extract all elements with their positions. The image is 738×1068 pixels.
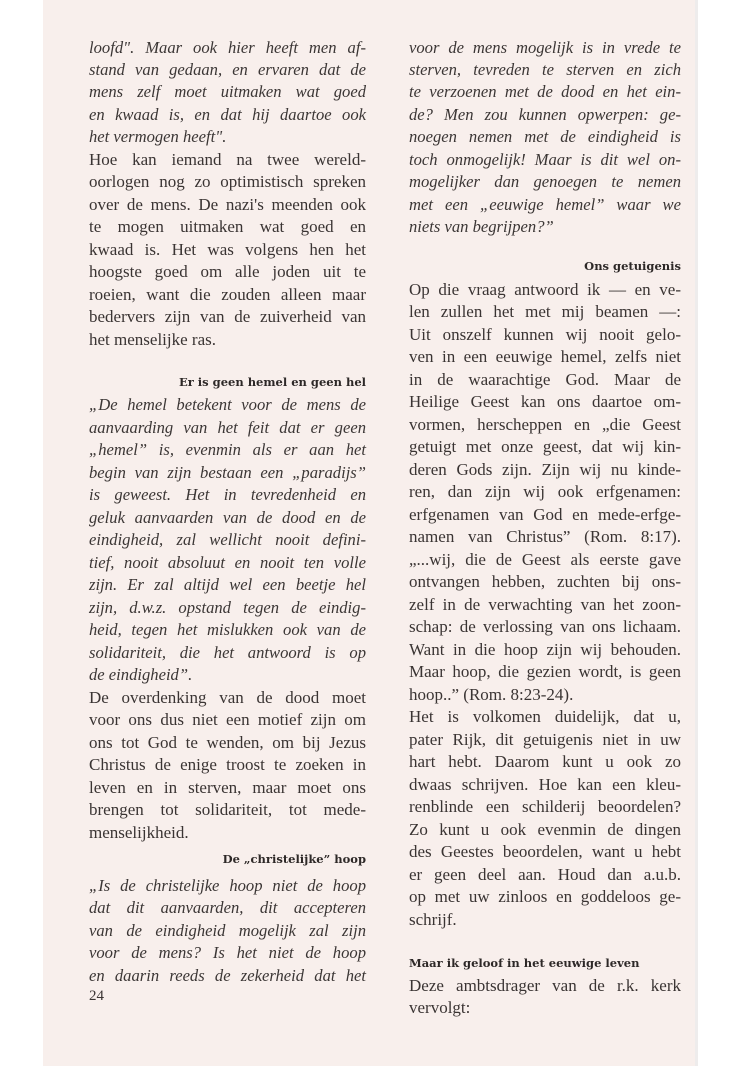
text-line: stand van gedaan, en ervaren dat de [89,59,366,81]
text-line: oorlogen nog zo optimistisch spreken [89,171,366,193]
text-line: dwaas schrijven. Hoe kan een kleu- [409,774,681,796]
text-line: voor ons dus niet een motief zijn om [89,709,366,731]
text-line: en daarin reeds de zekerheid dat het [89,965,366,987]
text-line: leven en in sterven, maar moet ons [89,777,366,799]
section-heading: Maar ik geloof in het eeuwige leven [409,954,639,972]
text-line: deren Gods zijn. Zijn wij nu kinde- [409,459,681,481]
text-line: erfgenamen van God en mede-erfge- [409,504,681,526]
text-line: er geen deel aan. Houd dan a.u.b. [409,864,681,886]
section-heading: Ons getuigenis [584,257,681,275]
text-line: zijn, d.w.z. opstand tegen de eindig- [89,597,366,619]
text-line: en kwaad is, en dat hij daartoe ook [89,104,366,126]
text-line: Het is volkomen duidelijk, dat u, [409,706,681,728]
text-line: Heilige Geest kan ons daartoe om- [409,391,681,413]
text-line: De overdenking van de dood moet [89,687,366,709]
page-edge-shadow [695,0,698,1066]
text-line: Want in die hoop zijn wij behouden. [409,639,681,661]
text-line: Deze ambtsdrager van de r.k. kerk [409,975,681,997]
text-line: begin van zijn bestaan een „paradijs” [89,462,366,484]
text-line: len zullen het met mij beamen —: [409,301,681,323]
text-line: Maar hoop, die gezien wordt, is geen [409,661,681,683]
text-line: roeien, want die zouden alleen maar [89,284,366,306]
text-line: hoop..” (Rom. 8:23-24). [409,684,681,706]
text-line: getuigt met onze geest, dat wij kin- [409,436,681,458]
text-line: het vermogen heeft". [89,126,366,148]
text-line: ontvangen hebben, zuchten bij ons- [409,571,681,593]
text-line: des Geestes beoordelen, want u hebt [409,841,681,863]
text-line: Zo kunt u ook evenmin de dingen [409,819,681,841]
text-line: sterven, tevreden te sterven en zich [409,59,681,81]
text-line: schrijf. [409,909,681,931]
text-line: namen van Christus” (Rom. 8:17). [409,526,681,548]
text-line: pater Rijk, dit getuigenis niet in uw [409,729,681,751]
text-line: vervolgt: [409,997,681,1019]
text-line: Hoe kan iemand na twee wereld- [89,149,366,171]
page-number: 24 [89,988,104,1005]
text-line: brengen tot solidariteit, tot mede- [89,799,366,821]
text-line: Uit onszelf kunnen wij nooit gelo- [409,324,681,346]
section-heading: Er is geen hemel en geen hel [179,373,366,391]
text-line: „...wij, die de Geest als eerste gave [409,549,681,571]
text-line: mogelijker dan genoegen te nemen [409,171,681,193]
text-line: te verzoenen met de dood en het ein- [409,81,681,103]
text-line: solidariteit, die het antwoord is op [89,642,366,664]
text-line: zijn. Er zal altijd wel een beetje hel [89,574,366,596]
text-line: toch onmogelijk! Maar is dit wel on- [409,149,681,171]
text-line: in de waarachtige God. Maar de [409,369,681,391]
text-line: vormen, herscheppen en „die Geest [409,414,681,436]
text-line: ons tot God te wenden, om bij Jezus [89,732,366,754]
text-line: over de mens. De nazi's meenden ook [89,194,366,216]
text-line: aanvaarding van het feit dat er geen [89,417,366,439]
text-line: van de eindigheid mogelijk zal zijn [89,920,366,942]
text-line: „hemel” is, evenmin als er aan het [89,439,366,461]
text-line: geluk aanvaarden van de dood en de [89,507,366,529]
text-line: tief, nooit absoluut en nooit ten volle [89,552,366,574]
text-line: eindigheid, zal wellicht nooit defini- [89,529,366,551]
text-line: op met uw zinloos en goddeloos ge- [409,886,681,908]
section-heading: De „christelijke” hoop [223,850,366,868]
text-line: „Is de christelijke hoop niet de hoop [89,875,366,897]
text-line: Op die vraag antwoord ik — en ve- [409,279,681,301]
text-line: bedervers zijn van de zuiverheid van [89,306,366,328]
text-line: de eindigheid”. [89,664,366,686]
text-line: hoogste goed om alle joden uit te [89,261,366,283]
text-line: is geweest. Het in tevredenheid en [89,484,366,506]
text-line: voor de mens mogelijk is in vrede te [409,37,681,59]
text-line: mens zelf moet uitmaken wat goed [89,81,366,103]
text-line: ren, dan zijn wij ook erfgenamen: [409,481,681,503]
text-line: Christus de enige troost te zoeken in [89,754,366,776]
text-line: voor de mens? Is het niet de hoop [89,942,366,964]
text-line: dat dit aanvaarden, dit accepteren [89,897,366,919]
text-line: zelf in de verwachting van het zoon- [409,594,681,616]
text-line: „De hemel betekent voor de mens de [89,394,366,416]
text-line: noegen nemen met de eindigheid is [409,126,681,148]
text-line: menselijkheid. [89,822,366,844]
text-line: heid, tegen het mislukken ook van de [89,619,366,641]
text-line: de? Men zou kunnen opwerpen: ge- [409,104,681,126]
text-line: niets van begrijpen?” [409,216,681,238]
text-line: schap: de verlossing van ons lichaam. [409,616,681,638]
text-line: te mogen uitmaken wat goed en [89,216,366,238]
text-line: met een „eeuwige hemel” waar we [409,194,681,216]
text-line: loofd". Maar ook hier heeft men af- [89,37,366,59]
text-line: kwaad is. Het was volgens hen het [89,239,366,261]
text-line: het menselijke ras. [89,329,366,351]
text-line: hart hebt. Daarom kunt u ook zo [409,751,681,773]
text-line: renblinde een schilderij beoordelen? [409,796,681,818]
text-line: ven in een eeuwige hemel, zelfs niet [409,346,681,368]
